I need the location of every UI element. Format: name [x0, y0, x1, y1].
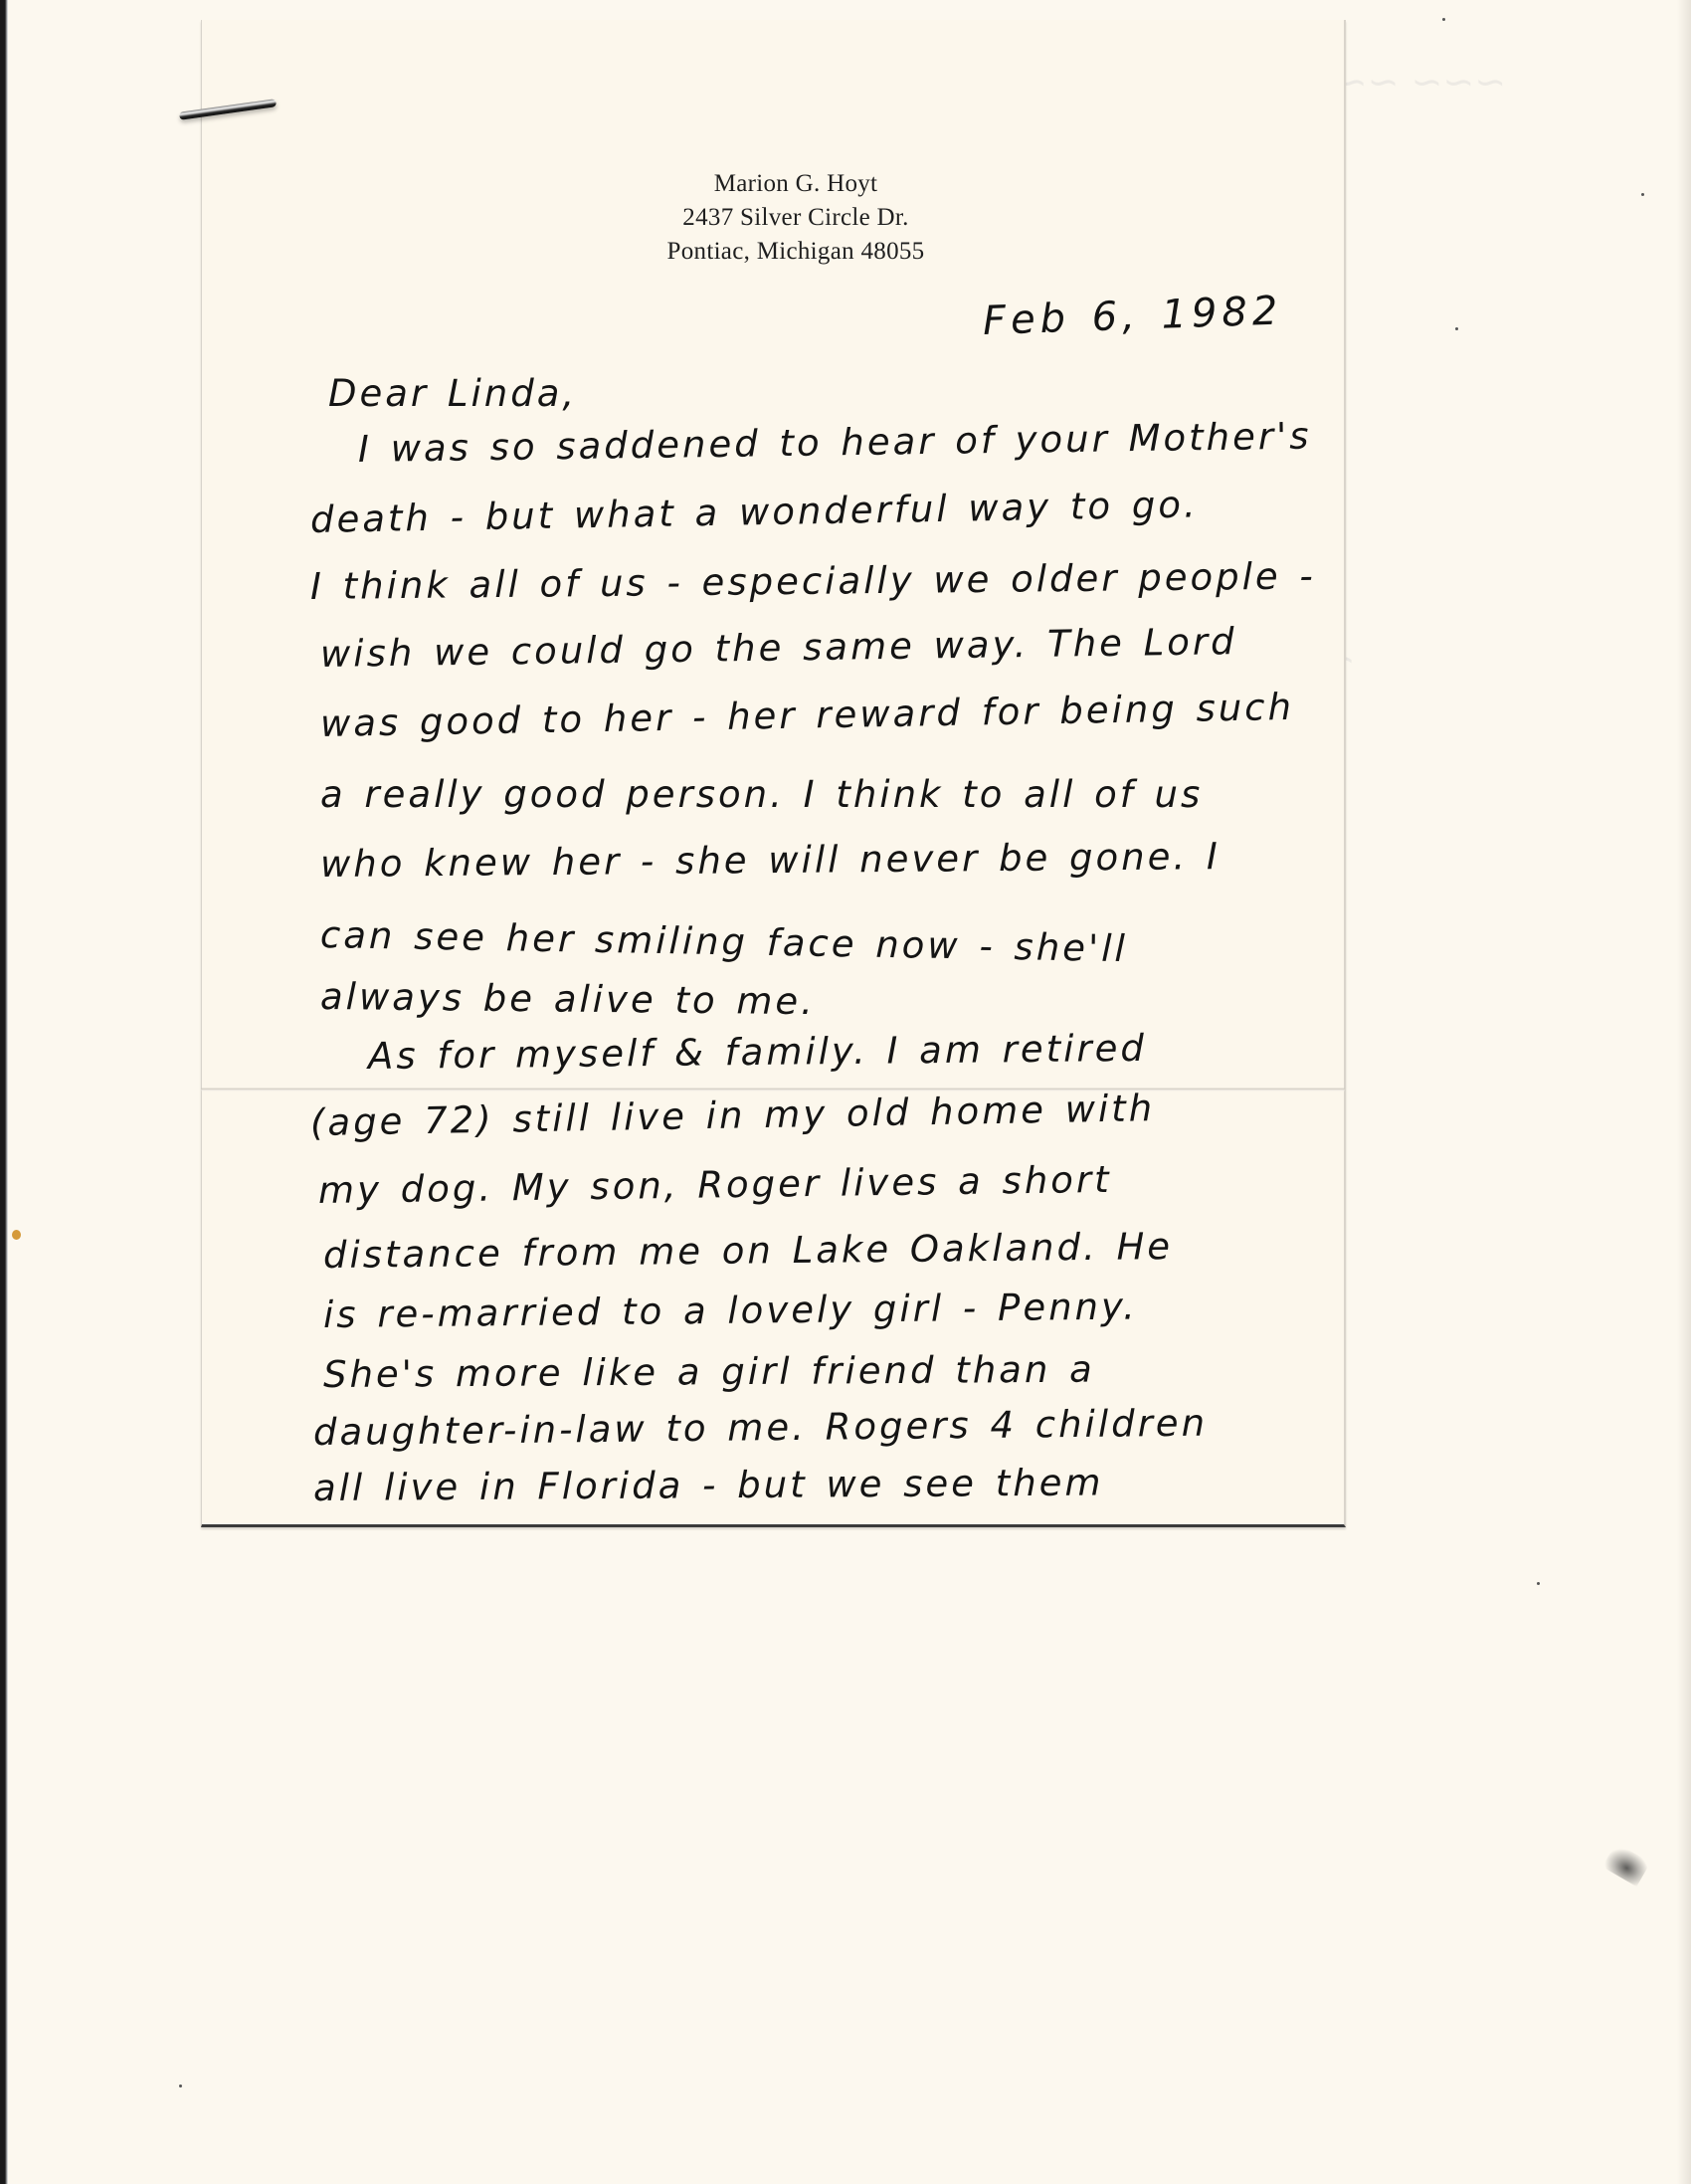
body-line: who knew her - she will never be gone. I — [320, 835, 1221, 886]
dust-speck — [1455, 327, 1458, 330]
dust-speck — [1442, 18, 1445, 21]
dust-speck — [1537, 1582, 1540, 1585]
body-line: As for myself & family. I am retired — [368, 1027, 1147, 1078]
dust-speck — [1641, 193, 1644, 196]
sender-city: Pontiac, Michigan 48055 — [557, 235, 1034, 269]
body-line: all live in Florida - but we see them — [313, 1461, 1104, 1509]
salutation: Dear Linda, — [328, 372, 577, 415]
body-line: distance from me on Lake Oakland. He — [323, 1225, 1174, 1277]
dust-speck — [179, 2085, 182, 2087]
page-shadow — [1677, 0, 1691, 2184]
sender-street: 2437 Silver Circle Dr. — [557, 201, 1034, 235]
body-line: a really good person. I think to all of … — [320, 773, 1203, 816]
letterhead: Marion G. Hoyt 2437 Silver Circle Dr. Po… — [557, 167, 1034, 269]
body-line: always be alive to me. — [320, 975, 816, 1023]
body-line: is re-married to a lovely girl - Penny. — [323, 1285, 1138, 1336]
stain-mark — [12, 1230, 21, 1240]
sender-name: Marion G. Hoyt — [557, 167, 1034, 201]
body-line: She's more like a girl friend than a — [323, 1348, 1095, 1396]
fold-crease — [201, 1088, 1345, 1092]
scanner-edge — [0, 0, 8, 2184]
